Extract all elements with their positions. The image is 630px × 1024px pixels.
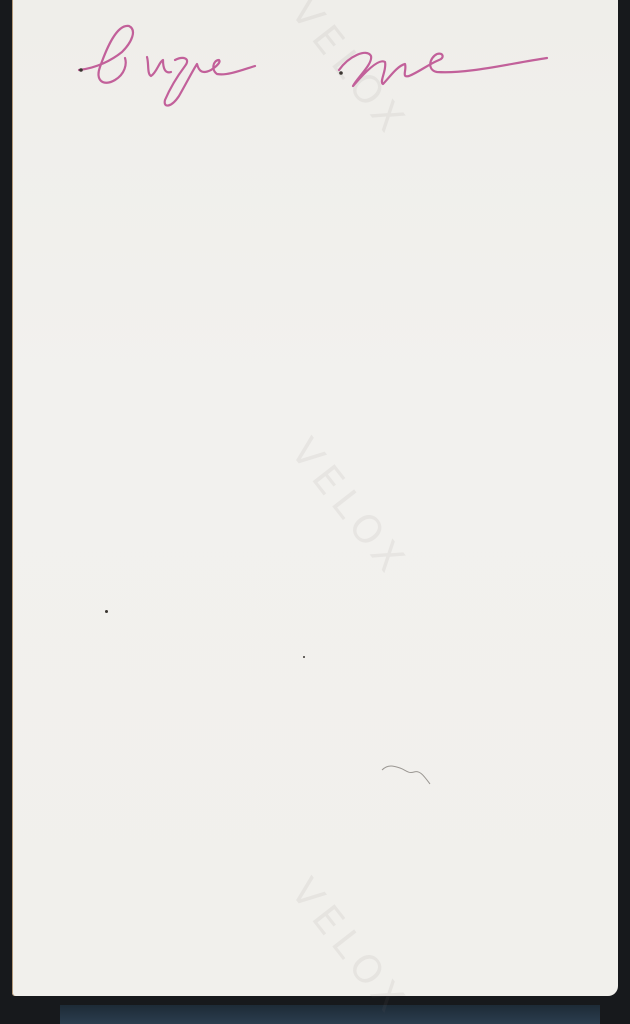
photo-back-paper: VELOX VELOX VELOX Suzie Me — [12, 0, 618, 996]
scanner-bed — [60, 1005, 600, 1024]
watermark-bottom: VELOX — [282, 870, 417, 1024]
dust-speck — [303, 656, 305, 658]
watermark-middle: VELOX — [282, 430, 417, 586]
dust-speck — [105, 610, 108, 613]
handwritten-note: Suzie Me — [67, 12, 587, 122]
pencil-squiggle — [380, 762, 440, 792]
